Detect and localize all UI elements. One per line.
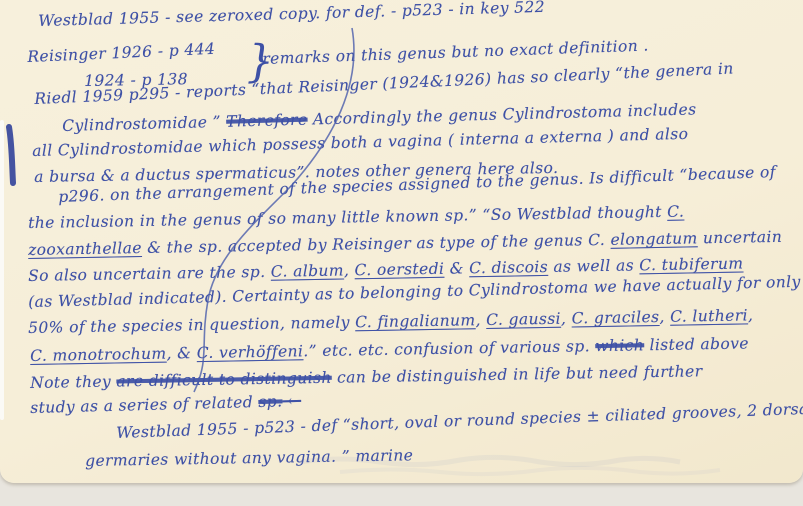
handwritten-line-4: remarks on this genus but no exact defin… <box>262 37 649 68</box>
handwritten-line-1: Westblad 1955 - see zeroxed copy. for de… <box>38 0 545 30</box>
text-segment: So also uncertain are the sp. <box>28 263 271 285</box>
text-segment: C. verhöffeni <box>197 342 304 362</box>
text-segment: Cylindrostomidae ” <box>62 113 226 135</box>
handwritten-line-14: 50% of the species in question, namely C… <box>28 306 753 337</box>
text-segment: the inclusion in the genus of so many li… <box>28 203 667 232</box>
text-segment: sp. <box>258 392 282 411</box>
margin-pen-mark <box>9 127 13 183</box>
handwritten-line-16: Note they are difficult to distinguish c… <box>30 362 703 392</box>
text-segment: C. album <box>271 261 344 280</box>
text-segment: Therefore <box>226 111 308 131</box>
handwritten-line-10: the inclusion in the genus of so many li… <box>28 203 684 232</box>
text-segment: study as a series of related <box>30 393 259 417</box>
text-segment: remarks on this genus but no exact defin… <box>262 37 649 68</box>
text-segment: Note they <box>30 372 117 392</box>
text-segment: ← <box>282 392 301 410</box>
handwritten-line-11: zooxanthellae & the sp. accepted by Reis… <box>28 228 782 259</box>
text-segment: Accordingly the genus Cylindrostoma incl… <box>307 100 696 128</box>
text-segment: & <box>444 259 469 277</box>
text-segment: as well as <box>548 256 640 276</box>
ink-showthrough <box>340 468 720 474</box>
text-segment: C. lutheri <box>670 306 748 325</box>
text-segment: , & <box>166 344 196 363</box>
text-segment: , <box>748 306 754 324</box>
text-segment: can be distinguished in life but need fu… <box>332 362 703 386</box>
text-segment: 50% of the species in question, namely <box>28 313 355 337</box>
text-segment: .” etc. etc. confusion of various sp. <box>303 337 595 360</box>
text-segment: C. <box>667 203 684 221</box>
text-segment: C. tubiferum <box>639 255 743 275</box>
handwritten-line-15: C. monotrochum, & C. verhöffeni.” etc. e… <box>30 334 749 365</box>
text-segment: listed above <box>644 334 749 354</box>
text-segment: Reisinger 1926 - p 444 <box>27 40 216 66</box>
text-segment: C. gaussi <box>486 310 561 329</box>
handwritten-line-17: study as a series of related sp. ← <box>30 392 301 417</box>
handwritten-line-2: Reisinger 1926 - p 444 <box>27 40 216 66</box>
text-segment: are difficult to distinguish <box>116 369 332 391</box>
text-segment: elongatum <box>610 229 697 249</box>
text-segment: which <box>595 336 644 355</box>
text-segment: , <box>561 310 572 328</box>
text-segment: uncertain <box>697 228 782 247</box>
text-segment: C. discois <box>469 258 548 277</box>
handwritten-line-19: germaries without any vagina. ” marine <box>85 446 413 470</box>
text-segment: C. fingalianum <box>355 311 476 331</box>
text-segment: C. graciles <box>571 308 659 328</box>
index-card: } Westblad 1955 - see zeroxed copy. for … <box>0 0 803 483</box>
text-segment: C. monotrochum <box>30 345 167 365</box>
text-segment: zooxanthellae <box>28 239 142 259</box>
text-segment: Westblad 1955 - see zeroxed copy. for de… <box>38 0 545 30</box>
text-segment: & the sp. accepted by Reisinger as type … <box>142 231 611 257</box>
text-segment: C. oerstedi <box>354 260 444 280</box>
text-segment: , <box>659 308 670 326</box>
text-segment: , <box>475 311 486 329</box>
text-segment: germaries without any vagina. ” marine <box>85 446 413 470</box>
card-edge-highlight <box>0 120 4 420</box>
